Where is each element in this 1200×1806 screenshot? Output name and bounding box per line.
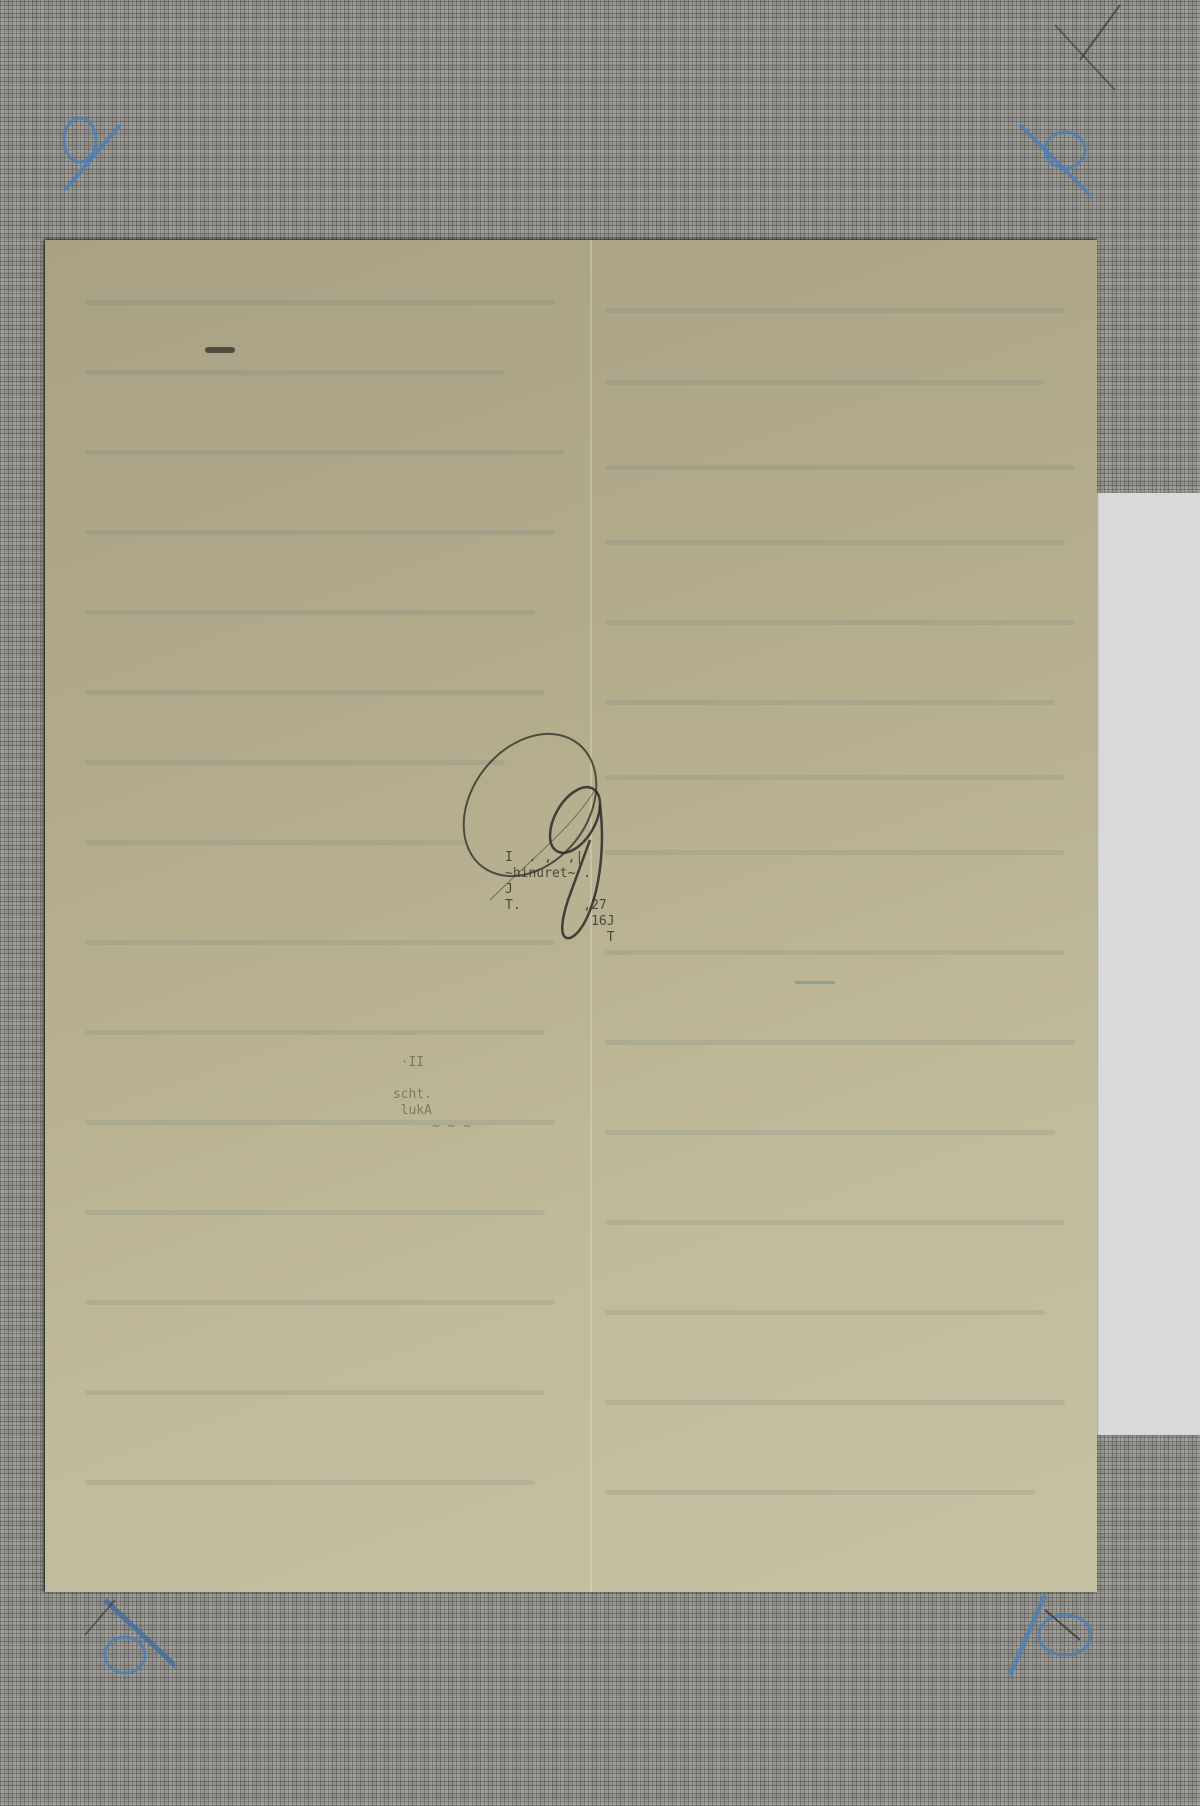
- bleed-through-line: [85, 1210, 545, 1215]
- backing-white-sheet: [1090, 493, 1200, 1435]
- bleed-through-underline-teal: [795, 981, 835, 984]
- bleed-through-line: [85, 1390, 545, 1395]
- bleed-through-line: [605, 1130, 1055, 1135]
- bleed-through-line: [605, 850, 1065, 855]
- bleed-through-line: [605, 1400, 1065, 1405]
- bleed-through-line: [85, 530, 555, 535]
- paper-tear: [205, 347, 235, 353]
- bleed-through-line: [85, 450, 565, 455]
- bleed-through-line: [85, 1030, 545, 1035]
- letter-sheet: I . , ,| ~hinuret~ . J T. ,27 16J T ·II …: [45, 240, 1097, 1592]
- bleed-through-line: [85, 300, 555, 305]
- bleed-through-line: [85, 690, 545, 695]
- bleed-through-line: [85, 1120, 555, 1125]
- bleed-through-line: [85, 840, 465, 845]
- bleed-through-line: [605, 1220, 1065, 1225]
- bleed-through-line: [605, 620, 1075, 625]
- bleed-through-line: [605, 1310, 1045, 1315]
- bleed-through-line: [605, 308, 1065, 313]
- circled-nine-pencil-mark-icon: [430, 700, 670, 960]
- corner-mark-top-right-icon: [1010, 110, 1100, 200]
- bleed-through-line: [605, 380, 1045, 385]
- bleed-through-line: [605, 465, 1075, 470]
- bleed-through-line: [605, 1040, 1075, 1045]
- corner-mark-top-left-icon: [50, 105, 140, 195]
- bleed-through-line: [85, 610, 535, 615]
- bleed-through-line: [605, 950, 1065, 955]
- bleed-through-line: [605, 540, 1065, 545]
- corner-mark-bottom-right-icon: [1005, 1590, 1095, 1680]
- bleed-through-line: [605, 775, 1065, 780]
- bleed-through-line: [85, 1300, 555, 1305]
- bleed-through-line: [605, 1490, 1035, 1495]
- corner-mark-top-right-pencil-icon: [1040, 0, 1130, 90]
- bleed-through-text-block: ·II scht. lukA ~ ~ ~: [385, 1055, 471, 1135]
- bleed-through-line: [85, 370, 505, 375]
- bleed-through-line: [85, 1480, 535, 1485]
- bleed-through-line: [605, 700, 1055, 705]
- corner-mark-bottom-left-icon: [85, 1595, 175, 1685]
